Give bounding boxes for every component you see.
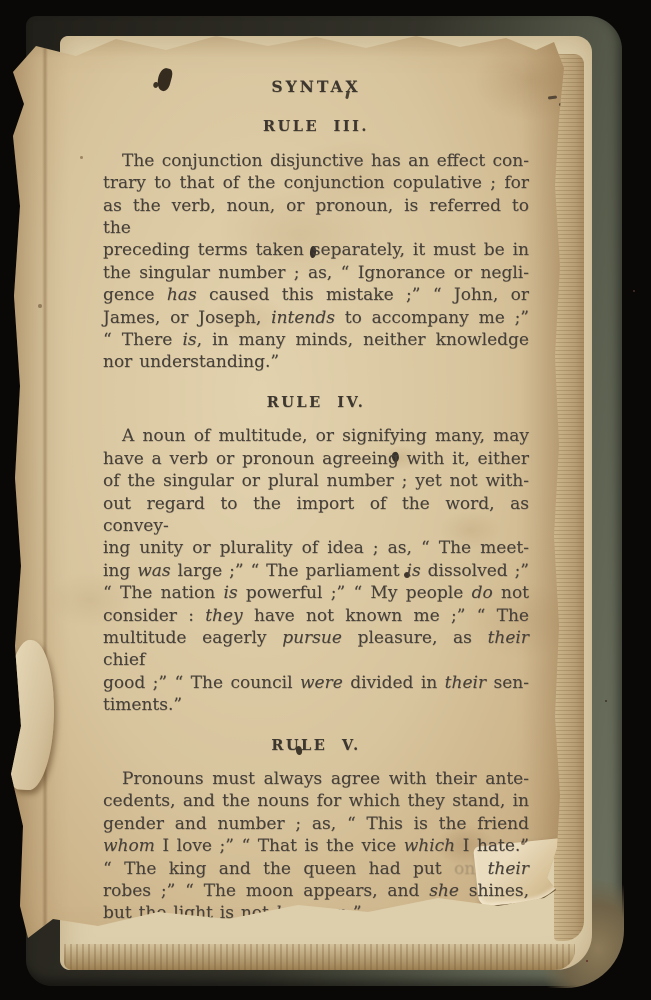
text-segment: gence — [103, 285, 167, 305]
text-segment: robes ;” “ The moon appears, and — [103, 881, 429, 901]
text-segment: A noun of multitude, or signifying many,… — [122, 426, 529, 446]
stain-spot — [80, 156, 83, 159]
text-line: “ The king and the queen had put on thei… — [103, 858, 529, 880]
text-segment-italic: their — [488, 859, 529, 879]
text-segment: to accompany me ;” — [335, 308, 529, 328]
text-segment: sen- — [486, 673, 529, 693]
text-line: “ The nation is powerful ;” “ My people … — [103, 582, 529, 604]
text-segment-italic: which — [404, 836, 455, 856]
text-segment: “ The nation — [103, 583, 223, 603]
text-line: good ;” “ The council were divided in th… — [103, 672, 529, 694]
text-segment-italic: she — [429, 881, 459, 901]
text-segment-italic: intends — [271, 308, 335, 328]
text-line: A noun of multitude, or signifying many,… — [103, 425, 529, 447]
text-segment: good ;” “ The council — [103, 673, 300, 693]
text-line: consider : they have not known me ;” “ T… — [103, 605, 529, 627]
ink-speck — [548, 95, 557, 99]
text-segment: consider : — [103, 606, 205, 626]
text-segment-italic: they — [205, 606, 242, 626]
book-page: SYNTAX RULE III.The conjunction disjunct… — [8, 26, 564, 954]
torn-flap — [2, 639, 58, 791]
text-line: cedents, and the nouns for which they st… — [103, 790, 529, 812]
text-segment-italic: has — [167, 285, 197, 305]
text-segment: of the singular or plural number ; yet n… — [103, 471, 529, 491]
text-line: multitude eagerly pursue pleasure, as th… — [103, 627, 529, 672]
text-segment: gender and number ; as, “ This is the fr… — [103, 814, 529, 834]
text-line: robes ;” “ The moon appears, and she shi… — [103, 880, 529, 902]
text-line: ing unity or plurality of idea ; as, “ T… — [103, 537, 529, 559]
text-segment: shines, — [459, 881, 529, 901]
text-line: ing was large ;” “ The parliament is dis… — [103, 560, 529, 582]
text-segment: caused this mistake ;” “ John, or — [197, 285, 529, 305]
text-segment: as the verb, noun, or pronoun, is referr… — [103, 196, 529, 238]
text-segment: James, or Joseph, — [103, 308, 271, 328]
text-line: Pronouns must always agree with their an… — [103, 768, 529, 790]
photo-background: SYNTAX RULE III.The conjunction disjunct… — [0, 0, 651, 1000]
text-segment: I hate.” — [455, 836, 529, 856]
text-segment-italic: were — [300, 673, 343, 693]
text-segment: not — [493, 583, 529, 603]
dust-speck — [586, 960, 588, 962]
text-line: preceding terms taken separately, it mus… — [103, 239, 529, 261]
page-stack-tail-edge — [64, 944, 575, 970]
text-line: gence has caused this mistake ;” “ John,… — [103, 284, 529, 306]
page-crease — [42, 46, 48, 931]
text-segment: , in many minds, neither knowledge — [197, 330, 529, 350]
text-segment: powerful ;” “ My people — [238, 583, 472, 603]
text-segment: preceding terms taken separately, it mus… — [103, 240, 529, 260]
text-line: nor understanding.” — [103, 351, 529, 373]
text-line: out regard to the import of the word, as… — [103, 493, 529, 538]
rule-heading: RULE III. — [103, 116, 529, 138]
text-line: “ There is, in many minds, neither knowl… — [103, 329, 529, 351]
text-segment: ing — [103, 561, 137, 581]
paragraph: The conjunction disjunctive has an effec… — [103, 150, 529, 374]
text-line: James, or Joseph, intends to accompany m… — [103, 307, 529, 329]
text-segment: chief — [103, 650, 145, 670]
text-line: timents.” — [103, 694, 529, 716]
text-segment: trary to that of the conjunction copulat… — [103, 173, 529, 193]
dust-speck — [633, 290, 635, 292]
text-segment: have a verb or pronoun agreeing with it,… — [103, 449, 529, 469]
text-line: gender and number ; as, “ This is the fr… — [103, 813, 529, 835]
text-segment: “ The king and the queen had put — [103, 859, 454, 879]
text-segment-italic: their — [488, 628, 529, 648]
dust-speck — [605, 700, 607, 702]
text-segment: the singular number ; as, “ Ignorance or… — [103, 263, 529, 283]
text-segment-italic: their — [445, 673, 486, 693]
text-segment-italic: pursue — [282, 628, 342, 648]
text-segment: I love ;” “ That is the vice — [155, 836, 404, 856]
text-segment: Pronouns must always agree with their an… — [122, 769, 529, 789]
text-line: whom I love ;” “ That is the vice which … — [103, 835, 529, 857]
sections: RULE III.The conjunction disjunctive has… — [103, 116, 529, 924]
text-segment: dissolved ;” — [421, 561, 529, 581]
text-segment-italic: was — [137, 561, 170, 581]
text-segment: timents.” — [103, 695, 182, 715]
rule-heading: RULE IV. — [103, 392, 529, 414]
text-line: of the singular or plural number ; yet n… — [103, 470, 529, 492]
paragraph: Pronouns must always agree with their an… — [103, 768, 529, 925]
text-segment: The conjunction disjunctive has an effec… — [122, 151, 529, 171]
paragraph: A noun of multitude, or signifying many,… — [103, 425, 529, 716]
text-segment: cedents, and the nouns for which they st… — [103, 791, 529, 811]
text-segment: have not known me ;” “ The — [243, 606, 529, 626]
text-segment-italic: is — [182, 330, 196, 350]
text-line: as the verb, noun, or pronoun, is referr… — [103, 195, 529, 240]
text-segment: large ;” “ The parliament — [171, 561, 407, 581]
text-segment: ing unity or plurality of idea ; as, “ T… — [103, 538, 529, 558]
text-segment: multitude eagerly — [103, 628, 282, 648]
text-segment-faded: on — [454, 859, 475, 879]
text-line: trary to that of the conjunction copulat… — [103, 172, 529, 194]
text-line: The conjunction disjunctive has an effec… — [103, 150, 529, 172]
text-segment-italic: is — [407, 561, 421, 581]
running-head: SYNTAX — [103, 76, 529, 98]
text-segment: out regard to the import of the word, as… — [103, 494, 529, 536]
text-segment-italic: is — [223, 583, 237, 603]
text-segment — [475, 859, 487, 879]
text-segment: nor understanding.” — [103, 352, 279, 372]
text-segment: divided in — [343, 673, 445, 693]
text-line: have a verb or pronoun agreeing with it,… — [103, 448, 529, 470]
stain-spot — [38, 304, 42, 308]
text-segment-italic: do — [472, 583, 493, 603]
page-content: SYNTAX RULE III.The conjunction disjunct… — [103, 76, 529, 925]
rule-heading: RULE V. — [103, 735, 529, 757]
text-segment-italic: whom — [103, 836, 155, 856]
text-segment: pleasure, as — [342, 628, 488, 648]
text-segment: “ There — [103, 330, 182, 350]
text-line: the singular number ; as, “ Ignorance or… — [103, 262, 529, 284]
